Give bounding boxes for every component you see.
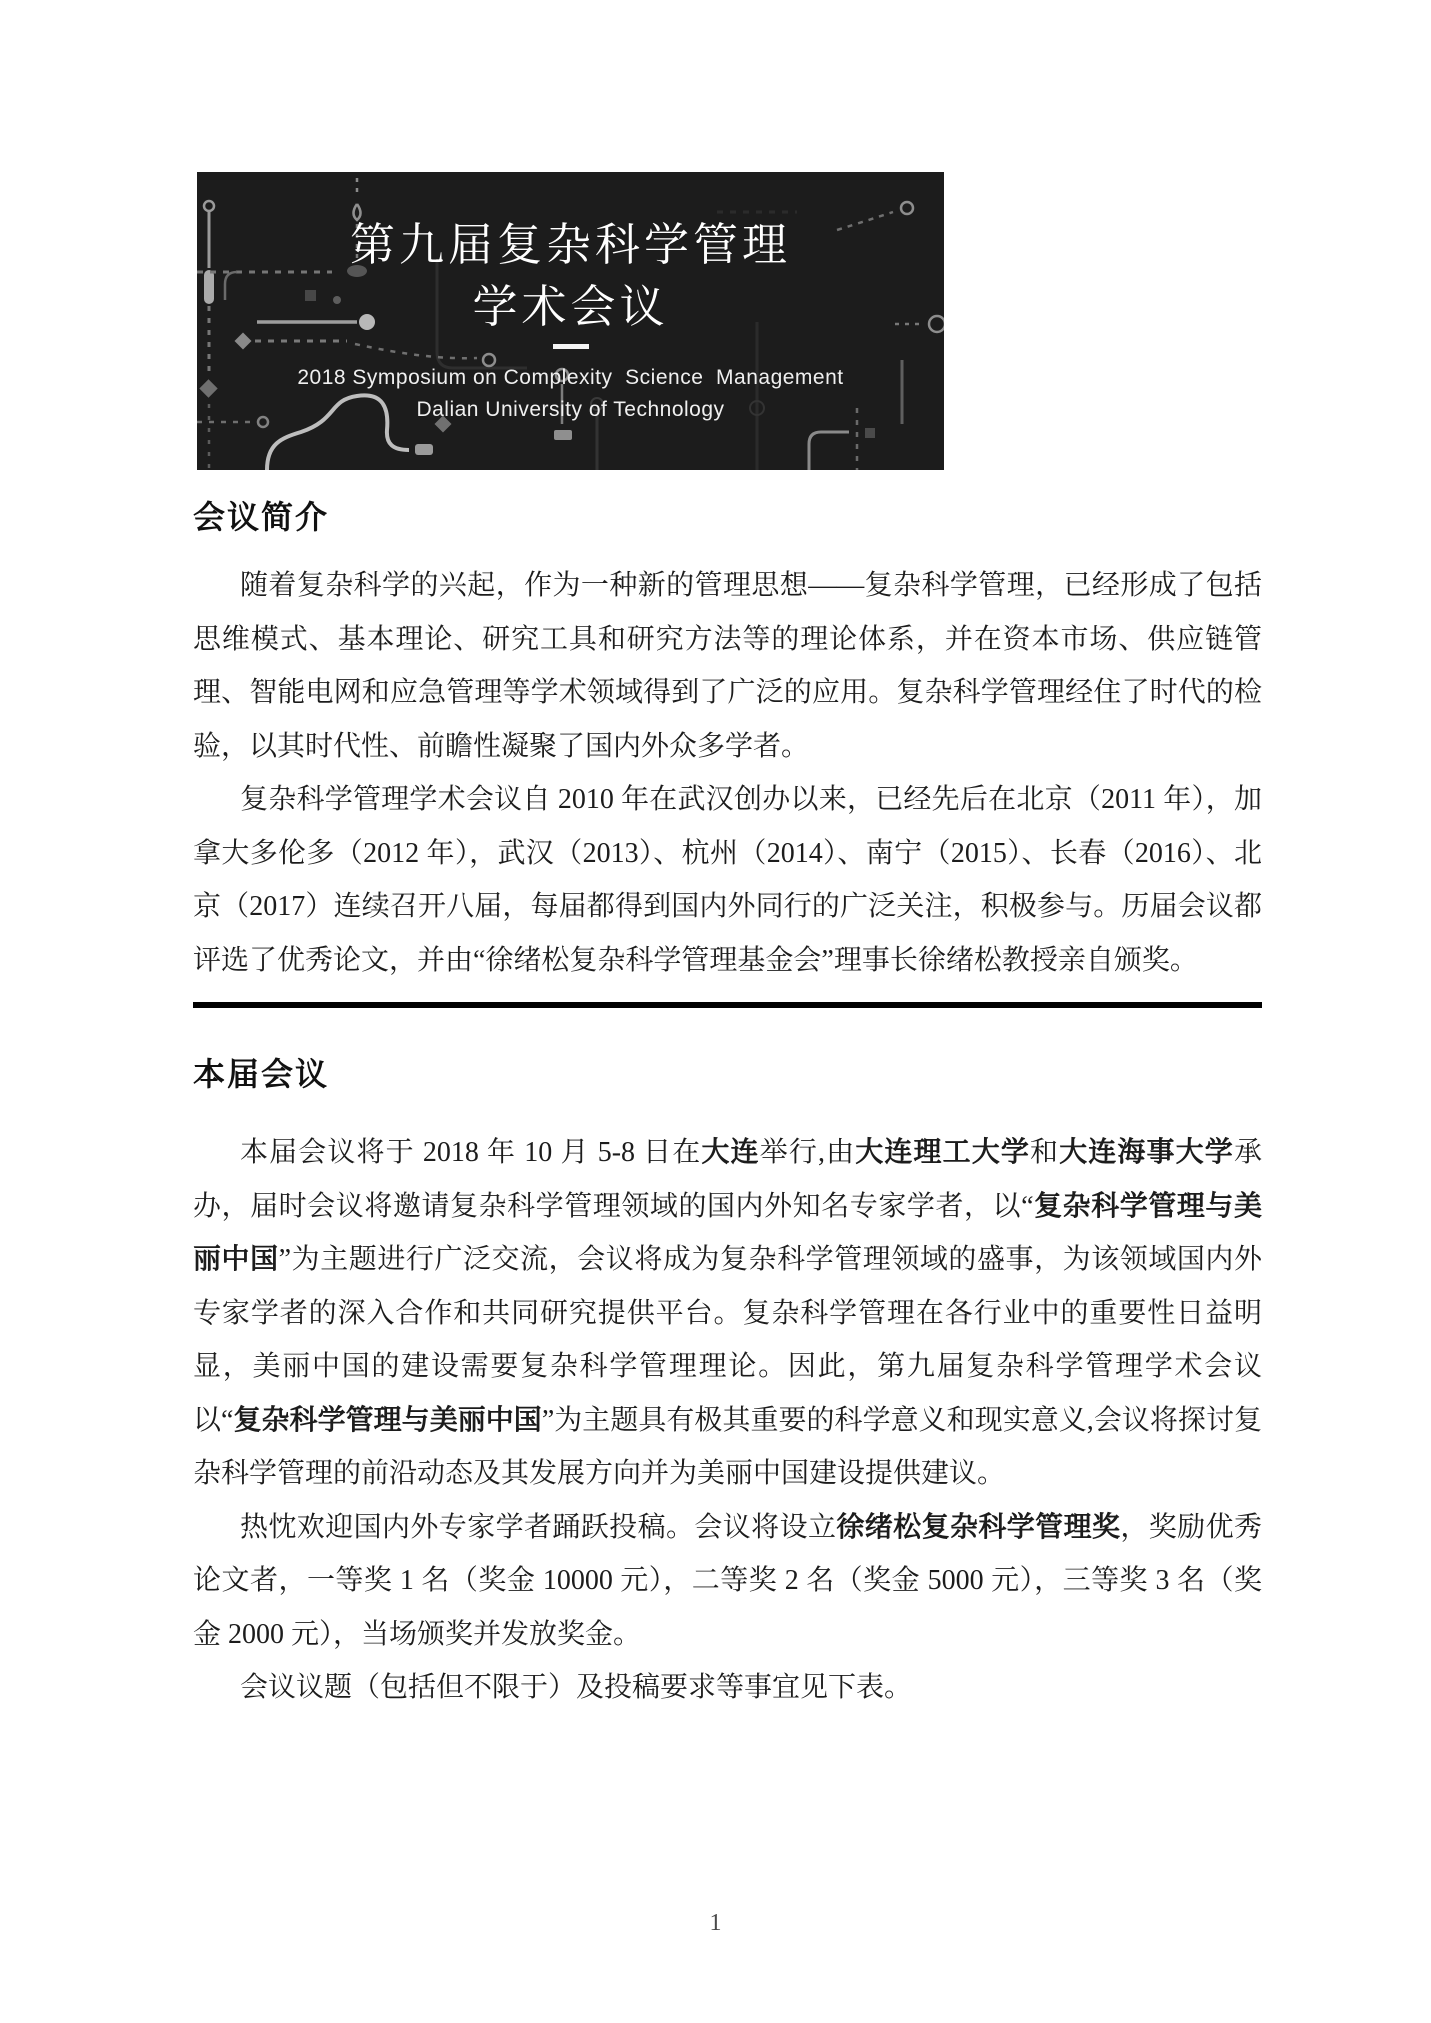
document-page: 第九届复杂科学管理 学术会议 2018 Symposium on Complex… [0,0,1431,2023]
section-heading-intro: 会议简介 [193,496,1262,538]
emphasized-text: 大连 [701,1137,759,1168]
banner-title-line1: 第九届复杂科学管理 [197,214,944,276]
paragraph: 会议议题（包括但不限于）及投稿要求等事宜见下表。 [193,1661,1262,1715]
section-current-paragraphs: 本届会议将于 2018 年 10 月 5-8 日在大连举行,由大连理工大学和大连… [193,1126,1262,1715]
emphasized-text: 大连理工大学 [855,1137,1030,1168]
paragraph: 热忱欢迎国内外专家学者踊跃投稿。会议将设立徐绪松复杂科学管理奖，奖励优秀论文者，… [193,1501,1262,1662]
section-divider [193,1002,1262,1008]
conference-banner: 第九届复杂科学管理 学术会议 2018 Symposium on Complex… [197,172,944,470]
body-text: 举行,由 [760,1137,856,1168]
document-body: 会议简介 随着复杂科学的兴起，作为一种新的管理思想——复杂科学管理，已经形成了包… [193,470,1262,1715]
paragraph: 随着复杂科学的兴起，作为一种新的管理思想——复杂科学管理，已经形成了包括思维模式… [193,559,1262,773]
banner-subtitle-line2: Dalian University of Technology [197,394,944,426]
body-text: 随着复杂科学的兴起，作为一种新的管理思想——复杂科学管理，已经形成了包括思维模式… [193,570,1262,762]
paragraph: 复杂科学管理学术会议自 2010 年在武汉创办以来，已经先后在北京（2011 年… [193,773,1262,987]
body-text: 会议议题（包括但不限于）及投稿要求等事宜见下表。 [240,1672,912,1703]
banner-divider-dash [553,344,589,349]
banner-text-block: 第九届复杂科学管理 学术会议 2018 Symposium on Complex… [197,172,944,426]
body-text: 复杂科学管理学术会议自 2010 年在武汉创办以来，已经先后在北京（2011 年… [193,784,1262,976]
emphasized-text: 徐绪松复杂科学管理奖 [836,1512,1120,1543]
emphasized-text: 大连海事大学 [1059,1137,1234,1168]
banner-title-line2: 学术会议 [197,276,944,338]
section-intro-paragraphs: 随着复杂科学的兴起，作为一种新的管理思想——复杂科学管理，已经形成了包括思维模式… [193,559,1262,987]
banner-subtitle-line1: 2018 Symposium on Complexity Science Man… [197,362,944,394]
body-text: 热忱欢迎国内外专家学者踊跃投稿。会议将设立 [240,1512,836,1543]
page-number: 1 [0,1908,1431,1938]
body-text: 本届会议将于 2018 年 10 月 5-8 日在 [240,1137,701,1168]
paragraph: 本届会议将于 2018 年 10 月 5-8 日在大连举行,由大连理工大学和大连… [193,1126,1262,1501]
body-text: 和 [1030,1137,1059,1168]
emphasized-text: 复杂科学管理与美丽中国 [233,1405,541,1436]
section-heading-current: 本届会议 [193,1053,1262,1095]
